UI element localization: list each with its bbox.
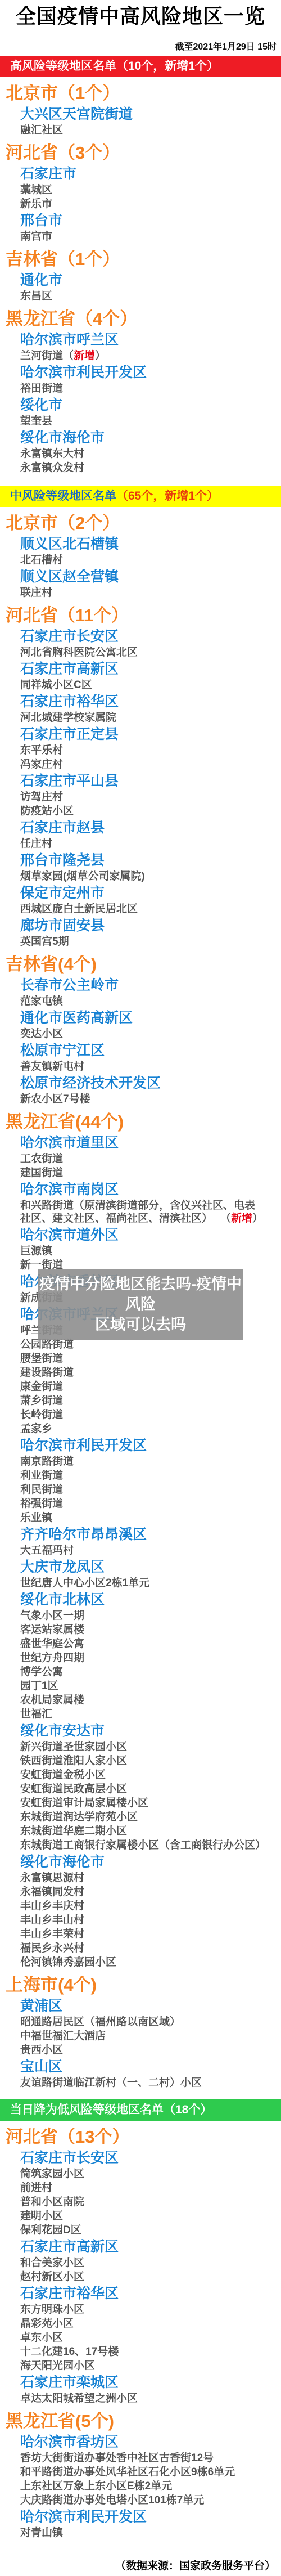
banner-medium-risk: 中风险等级地区名单（65个，新增1个） bbox=[0, 486, 281, 507]
area-name: 南宫市 bbox=[20, 231, 52, 243]
area-item: 融汇社区 bbox=[20, 124, 265, 137]
area-item: 藁城区 bbox=[20, 183, 265, 196]
area-name: 南京路街道 bbox=[20, 1456, 74, 1467]
area-item: 联庄村 bbox=[20, 586, 265, 599]
area-name: 前进村 bbox=[20, 2182, 52, 2194]
area-item: 世福汇 bbox=[20, 1708, 265, 1721]
area-item: 农机局家属楼 bbox=[20, 1694, 265, 1707]
area-item: 善友镇新屯村 bbox=[20, 1060, 265, 1073]
area-item: 卓达太阳城希望之洲小区 bbox=[20, 2392, 265, 2405]
area-item: 防疫站小区 bbox=[20, 805, 265, 818]
area-name: 农机局家属楼 bbox=[20, 1694, 84, 1706]
city-heading: 哈尔滨市道外区 bbox=[20, 1227, 264, 1244]
area-name: 保利花园D区 bbox=[20, 2224, 81, 2236]
province-heading: 黑龙江省（4个） bbox=[6, 308, 281, 330]
area-name: 博学公寓 bbox=[20, 1666, 63, 1678]
area-item: 望奎县 bbox=[20, 415, 265, 428]
area-name: 卓达太阳城希望之洲小区 bbox=[20, 2393, 138, 2404]
city-heading: 石家庄市 bbox=[20, 165, 264, 182]
area-item: 东城街道润达学府苑小区 bbox=[20, 1811, 265, 1824]
city-heading: 石家庄市高新区 bbox=[20, 2238, 264, 2255]
area-name: 丰山乡丰荣村 bbox=[20, 1928, 84, 1940]
area-item: 大庆路街道办事处电塔小区101栋7单元 bbox=[20, 2494, 265, 2507]
area-name: 西城区庞白土新民居北区 bbox=[20, 903, 138, 915]
area-item: 丰山乡丰荣村 bbox=[20, 1928, 265, 1941]
area-name: 奕达小区 bbox=[20, 1028, 63, 1040]
area-name: 河北城建学校家属院 bbox=[20, 712, 116, 724]
area-name: 任庄村 bbox=[20, 838, 52, 850]
city-heading: 廊坊市固安县 bbox=[20, 917, 264, 934]
province-heading: 上海市(4个) bbox=[6, 1974, 281, 1996]
area-name: 永富镇东大村 bbox=[20, 448, 84, 460]
area-name: 卓东小区 bbox=[20, 2332, 63, 2344]
area-name: 海天阳光园小区 bbox=[20, 2360, 95, 2372]
area-name: 东方明珠小区 bbox=[20, 2304, 84, 2315]
area-name: 昭通路居民区（福州路以南区域） bbox=[20, 2016, 180, 2028]
area-item: 福民乡永兴村 bbox=[20, 1942, 265, 1955]
watermark-line-2: 区域可以去吗 bbox=[39, 1314, 242, 1335]
area-item: 新兴街道圣世家园小区 bbox=[20, 1740, 265, 1753]
area-item: 海天阳光园小区 bbox=[20, 2359, 265, 2372]
banner-label: 中风险等级地区名单 bbox=[10, 490, 116, 502]
city-heading: 石家庄市长安区 bbox=[20, 2149, 264, 2166]
area-item: 卓东小区 bbox=[20, 2331, 265, 2344]
area-item: 裕田街道 bbox=[20, 382, 265, 395]
area-item: 大五福玛村 bbox=[20, 1544, 265, 1557]
city-heading: 哈尔滨市呼兰区 bbox=[20, 331, 264, 348]
area-name: 孟家乡 bbox=[20, 1423, 52, 1435]
area-name: 烟草家园(烟草公司家属院) bbox=[20, 870, 145, 882]
area-item: 永富镇思源村 bbox=[20, 1872, 265, 1884]
area-name: 新农小区7号楼 bbox=[20, 1093, 90, 1105]
area-item: 新乐市 bbox=[20, 198, 265, 210]
city-heading: 石家庄市赵县 bbox=[20, 819, 264, 836]
area-name: 范家屯镇 bbox=[20, 995, 63, 1007]
city-heading: 哈尔滨市利民开发区 bbox=[20, 1437, 264, 1454]
area-name: 访驾庄村 bbox=[20, 791, 63, 803]
province-heading: 河北省（11个） bbox=[6, 605, 281, 626]
area-item: 和合美家小区 bbox=[20, 2256, 265, 2269]
city-heading: 石家庄市栾城区 bbox=[20, 2374, 264, 2391]
area-item: 冯家庄村 bbox=[20, 758, 265, 771]
city-heading: 石家庄市正定县 bbox=[20, 726, 264, 743]
area-item: 客运站家属楼 bbox=[20, 1623, 265, 1636]
area-name: 铁西街道淮阳人家小区 bbox=[20, 1755, 127, 1767]
area-item: 中福世福汇大酒店 bbox=[20, 2030, 265, 2043]
city-heading: 顺义区赵全营镇 bbox=[20, 568, 264, 585]
banner-count: （10个，新增1个） bbox=[116, 60, 219, 73]
area-item: 永富镇东大村 bbox=[20, 447, 265, 460]
area-name: 安虹街道金税小区 bbox=[20, 1769, 106, 1781]
area-name: 世纪方舟四期 bbox=[20, 1652, 84, 1664]
city-heading: 绥化市海伦市 bbox=[20, 429, 264, 446]
province-heading: 黑龙江省(5个) bbox=[6, 2411, 281, 2432]
area-item: 裕强街道 bbox=[20, 1497, 265, 1510]
area-item: 晶彩苑小区 bbox=[20, 2317, 265, 2330]
area-name: 和合美家小区 bbox=[20, 2257, 84, 2269]
area-item: 建国街道 bbox=[20, 1166, 265, 1179]
area-item: 香坊大街街道办事处香中社区古香街12号 bbox=[20, 2452, 265, 2465]
area-item: 世纪方舟四期 bbox=[20, 1651, 265, 1664]
area-item: 园丁1区 bbox=[20, 1680, 265, 1693]
area-name: 简筑家园小区 bbox=[20, 2168, 84, 2180]
city-heading: 哈尔滨市道里区 bbox=[20, 1134, 264, 1151]
city-heading: 松原市经济技术开发区 bbox=[20, 1075, 264, 1092]
area-item: 南宫市 bbox=[20, 230, 265, 243]
area-name: 中福世福汇大酒店 bbox=[20, 2030, 106, 2042]
area-name: 东城街道工商银行家属楼小区（含工商银行办公区） bbox=[20, 1839, 266, 1851]
area-name: 工农街道 bbox=[20, 1153, 63, 1165]
area-name: 建设路街道 bbox=[20, 1367, 74, 1379]
area-item: 工农街道 bbox=[20, 1152, 265, 1165]
area-name: 乐业镇 bbox=[20, 1512, 52, 1524]
area-item: 伦河镇锦秀嘉园小区 bbox=[20, 1956, 265, 1969]
area-item: 利民街道 bbox=[20, 1483, 265, 1496]
area-item: 奕达小区 bbox=[20, 1027, 265, 1040]
city-heading: 哈尔滨市南岗区 bbox=[20, 1181, 264, 1198]
banner-low-risk: 当日降为低风险等级地区名单（18个） bbox=[0, 2099, 281, 2121]
area-name: 福民乡永兴村 bbox=[20, 1942, 84, 1954]
area-name: 河北省胸科医院公寓北区 bbox=[20, 647, 138, 658]
area-name: 萧乡街道 bbox=[20, 1395, 63, 1407]
area-item: 世纪唐人中心小区2栋1单元 bbox=[20, 1577, 265, 1590]
city-heading: 绥化市北林区 bbox=[20, 1591, 264, 1608]
area-name: 康金街道 bbox=[20, 1381, 63, 1393]
area-name: 和平路街道办事处风华社区石化小区9栋6单元 bbox=[20, 2466, 235, 2478]
area-name: 园丁1区 bbox=[20, 1680, 58, 1692]
area-name: 晶彩苑小区 bbox=[20, 2318, 74, 2330]
area-item: 保利花园D区 bbox=[20, 2224, 265, 2237]
area-item: 长岭街道 bbox=[20, 1408, 265, 1421]
area-item: 贵西小区 bbox=[20, 2044, 265, 2057]
province-heading: 吉林省（1个） bbox=[6, 249, 281, 270]
area-name: 新兴街道圣世家园小区 bbox=[20, 1741, 127, 1753]
area-item: 萧乡街道 bbox=[20, 1394, 265, 1407]
area-item: 东城街道华庭二期小区 bbox=[20, 1825, 265, 1838]
area-item: 南京路街道 bbox=[20, 1455, 265, 1468]
area-name: 丰山乡丰庆村 bbox=[20, 1900, 84, 1912]
city-heading: 松原市宁江区 bbox=[20, 1042, 264, 1059]
city-heading: 大兴区天宫院街道 bbox=[20, 106, 264, 123]
area-name: 东城街道华庭二期小区 bbox=[20, 1825, 127, 1837]
area-name: 十二化建16、17号楼 bbox=[20, 2346, 119, 2358]
city-heading: 大庆市龙凤区 bbox=[20, 1559, 264, 1576]
area-name: 客运站家属楼 bbox=[20, 1624, 84, 1636]
city-heading: 通化市医药高新区 bbox=[20, 1009, 264, 1026]
city-heading: 哈尔滨市利民开发区 bbox=[20, 2508, 264, 2525]
city-heading: 黄浦区 bbox=[20, 1998, 264, 2014]
city-heading: 绥化市 bbox=[20, 397, 264, 414]
area-item: 访驾庄村 bbox=[20, 791, 265, 804]
area-name: 巨源镇 bbox=[20, 1245, 52, 1257]
area-item: 安虹街道金税小区 bbox=[20, 1769, 265, 1781]
area-item: 河北城建学校家属院 bbox=[20, 711, 265, 724]
area-name: 东平乐村 bbox=[20, 744, 63, 756]
city-heading: 保定市定州市 bbox=[20, 885, 264, 901]
area-item: 河北省胸科医院公寓北区 bbox=[20, 646, 265, 659]
new-badge: 新增 bbox=[231, 1213, 252, 1224]
area-item: 乐业镇 bbox=[20, 1511, 265, 1524]
area-item: 十二化建16、17号楼 bbox=[20, 2345, 265, 2358]
area-item: 新农小区7号楼 bbox=[20, 1093, 265, 1106]
area-name: 同祥城小区C区 bbox=[20, 679, 92, 691]
area-name: 东昌区 bbox=[20, 290, 52, 302]
infographic-page: 全国疫情中高风险地区一览 截至2021年1月29日 15时 高风险等级地区名单（… bbox=[0, 0, 281, 2576]
city-heading: 顺义区北石槽镇 bbox=[20, 536, 264, 553]
province-heading: 河北省（3个） bbox=[6, 142, 281, 164]
area-item: 博学公寓 bbox=[20, 1666, 265, 1679]
area-name: 联庄村 bbox=[20, 587, 52, 599]
area-item: 巨源镇 bbox=[20, 1245, 265, 1258]
city-heading: 邢台市隆尧县 bbox=[20, 852, 264, 869]
area-item: 简筑家园小区 bbox=[20, 2167, 265, 2180]
city-heading: 邢台市 bbox=[20, 212, 264, 229]
area-name: 对青山镇 bbox=[20, 2527, 63, 2539]
watermark-overlay: 疫情中分险地区能去吗-疫情中风险 区域可以去吗 bbox=[38, 1269, 243, 1340]
banner-high-risk: 高风险等级地区名单（10个，新增1个） bbox=[0, 56, 281, 77]
city-heading: 哈尔滨市香坊区 bbox=[20, 2434, 264, 2451]
area-item: 上东社区万象上东小区E栋2单元 bbox=[20, 2480, 265, 2493]
area-name: 友谊路街道临江新村（一、二村）小区 bbox=[20, 2077, 202, 2089]
area-name: 裕强街道 bbox=[20, 1498, 63, 1510]
province-heading: 北京市（1个） bbox=[6, 83, 281, 104]
area-item: 盛世华庭公寓 bbox=[20, 1637, 265, 1650]
province-heading: 黑龙江省(44个) bbox=[6, 1111, 281, 1133]
area-item: 康金街道 bbox=[20, 1380, 265, 1393]
area-name: 大庆路街道办事处电塔小区101栋7单元 bbox=[20, 2494, 204, 2506]
area-item: 普和小区南院 bbox=[20, 2196, 265, 2209]
area-item: 丰山乡丰山村 bbox=[20, 1914, 265, 1927]
city-heading: 哈尔滨市利民开发区 bbox=[20, 364, 264, 381]
area-name: 公园路街道 bbox=[20, 1339, 74, 1350]
area-name: 善友镇新屯村 bbox=[20, 1061, 84, 1072]
area-name: 香坊大街街道办事处香中社区古香街12号 bbox=[20, 2452, 214, 2464]
city-heading: 石家庄市高新区 bbox=[20, 661, 264, 677]
area-name: 永福镇同发村 bbox=[20, 1886, 84, 1898]
area-name: 赵村新区小区 bbox=[20, 2271, 84, 2283]
area-name: 世纪唐人中心小区2栋1单元 bbox=[20, 1577, 149, 1589]
area-name: 利业街道 bbox=[20, 1470, 63, 1482]
province-heading: 北京市（2个） bbox=[6, 513, 281, 534]
paren-open: （ bbox=[63, 350, 74, 362]
area-item: 腰堡街道 bbox=[20, 1352, 265, 1365]
area-item: 孟家乡 bbox=[20, 1422, 265, 1435]
area-name: 安虹街道民政高层小区 bbox=[20, 1783, 127, 1795]
area-name: 永富镇众发村 bbox=[20, 462, 84, 474]
area-name: 建国街道 bbox=[20, 1167, 63, 1179]
area-item: 范家屯镇 bbox=[20, 995, 265, 1008]
province-heading: 吉林省(4个) bbox=[6, 954, 281, 975]
area-item: 利业街道 bbox=[20, 1469, 265, 1482]
area-item: 昭通路居民区（福州路以南区域） bbox=[20, 2016, 265, 2029]
banner-count: （18个） bbox=[164, 2103, 212, 2116]
area-item: 永福镇同发村 bbox=[20, 1886, 265, 1899]
area-item: 英国宫5期 bbox=[20, 935, 265, 948]
area-name: 安虹街道审计局家属楼小区 bbox=[20, 1797, 148, 1809]
city-heading: 通化市 bbox=[20, 272, 264, 289]
page-title: 全国疫情中高风险地区一览 bbox=[3, 5, 278, 28]
city-heading: 石家庄市长安区 bbox=[20, 628, 264, 645]
area-item: 对青山镇 bbox=[20, 2526, 265, 2539]
area-name: 永富镇思源村 bbox=[20, 1872, 84, 1884]
city-heading: 石家庄市裕华区 bbox=[20, 693, 264, 710]
area-item: 赵村新区小区 bbox=[20, 2270, 265, 2283]
city-heading: 齐齐哈尔市昂昂溪区 bbox=[20, 1526, 264, 1543]
area-item: 东城街道工商银行家属楼小区（含工商银行办公区） bbox=[20, 1839, 265, 1852]
banner-label: 高风险等级地区名单 bbox=[10, 60, 116, 73]
area-item: 和平路街道办事处风华社区石化小区9栋6单元 bbox=[20, 2466, 265, 2479]
paren-open: （ bbox=[220, 1213, 231, 1224]
as-of-date: 截至2021年1月29日 15时 bbox=[0, 39, 281, 52]
area-name: 东城街道润达学府苑小区 bbox=[20, 1811, 138, 1823]
area-item: 建明小区 bbox=[20, 2210, 265, 2223]
area-name: 新乐市 bbox=[20, 198, 52, 210]
area-name: 利民街道 bbox=[20, 1484, 63, 1496]
city-heading: 石家庄市裕华区 bbox=[20, 2285, 264, 2302]
city-heading: 石家庄市平山县 bbox=[20, 773, 264, 789]
area-name: 世福汇 bbox=[20, 1708, 52, 1720]
area-name: 贵西小区 bbox=[20, 2044, 63, 2056]
area-item: 任庄村 bbox=[20, 837, 265, 850]
area-item: 同祥城小区C区 bbox=[20, 679, 265, 692]
area-name: 建明小区 bbox=[20, 2210, 63, 2222]
city-heading: 长春市公主岭市 bbox=[20, 977, 264, 994]
province-heading: 河北省（13个） bbox=[6, 2126, 281, 2148]
area-name: 裕田街道 bbox=[20, 383, 63, 394]
area-name: 防疫站小区 bbox=[20, 805, 74, 817]
area-item: 铁西街道淮阳人家小区 bbox=[20, 1754, 265, 1767]
area-item: 烟草家园(烟草公司家属院) bbox=[20, 870, 265, 883]
area-item: 安虹街道民政高层小区 bbox=[20, 1783, 265, 1796]
area-name: 兰河街道 bbox=[20, 350, 63, 362]
area-item: 东昌区 bbox=[20, 290, 265, 303]
area-name: 望奎县 bbox=[20, 415, 52, 427]
area-name: 普和小区南院 bbox=[20, 2196, 84, 2208]
area-name: 上东社区万象上东小区E栋2单元 bbox=[20, 2480, 172, 2492]
area-name: 英国宫5期 bbox=[20, 936, 69, 948]
area-name: 冯家庄村 bbox=[20, 759, 63, 770]
area-name: 长岭街道 bbox=[20, 1409, 63, 1421]
watermark-line-1: 疫情中分险地区能去吗-疫情中风险 bbox=[39, 1274, 242, 1314]
city-heading: 绥化市安达市 bbox=[20, 1722, 264, 1739]
paren-close: ） bbox=[95, 350, 106, 362]
banner-count: （65个，新增1个） bbox=[116, 490, 219, 502]
area-name: 北石槽村 bbox=[20, 554, 63, 566]
area-name: 藁城区 bbox=[20, 184, 52, 196]
area-item: 公园路街道 bbox=[20, 1338, 265, 1351]
area-item: 东平乐村 bbox=[20, 744, 265, 757]
area-name: 大五福玛村 bbox=[20, 1545, 74, 1556]
area-item: 前进村 bbox=[20, 2182, 265, 2194]
area-item: 西城区庞白土新民居北区 bbox=[20, 903, 265, 915]
data-source-note: （数据来源：国家政务服务平台） bbox=[115, 2557, 275, 2573]
banner-label: 当日降为低风险等级地区名单 bbox=[10, 2103, 164, 2116]
area-name: 伦河镇锦秀嘉园小区 bbox=[20, 1956, 116, 1968]
area-name: 盛世华庭公寓 bbox=[20, 1638, 84, 1650]
new-badge: 新增 bbox=[74, 350, 95, 362]
area-item: 安虹街道审计局家属楼小区 bbox=[20, 1797, 265, 1810]
paren-close: ） bbox=[252, 1213, 263, 1224]
area-item: 东方明珠小区 bbox=[20, 2303, 265, 2316]
city-heading: 宝山区 bbox=[20, 2058, 264, 2075]
area-name: 融汇社区 bbox=[20, 124, 63, 136]
area-item: 兰河街道（新增） bbox=[20, 349, 265, 362]
area-item: 友谊路街道临江新村（一、二村）小区 bbox=[20, 2076, 265, 2089]
area-item: 和兴路街道（原清滨街道部分，含仪兴社区、电表社区、建文社区、福尚社区、清滨社区）… bbox=[20, 1199, 265, 1225]
area-item: 北石槽村 bbox=[20, 554, 265, 567]
area-item: 建设路街道 bbox=[20, 1366, 265, 1379]
area-name: 丰山乡丰山村 bbox=[20, 1914, 84, 1926]
area-item: 气象小区一期 bbox=[20, 1609, 265, 1622]
area-item: 丰山乡丰庆村 bbox=[20, 1900, 265, 1913]
area-item: 永富镇众发村 bbox=[20, 461, 265, 474]
area-name: 腰堡街道 bbox=[20, 1353, 63, 1365]
city-heading: 绥化市海伦市 bbox=[20, 1854, 264, 1870]
area-name: 气象小区一期 bbox=[20, 1610, 84, 1622]
